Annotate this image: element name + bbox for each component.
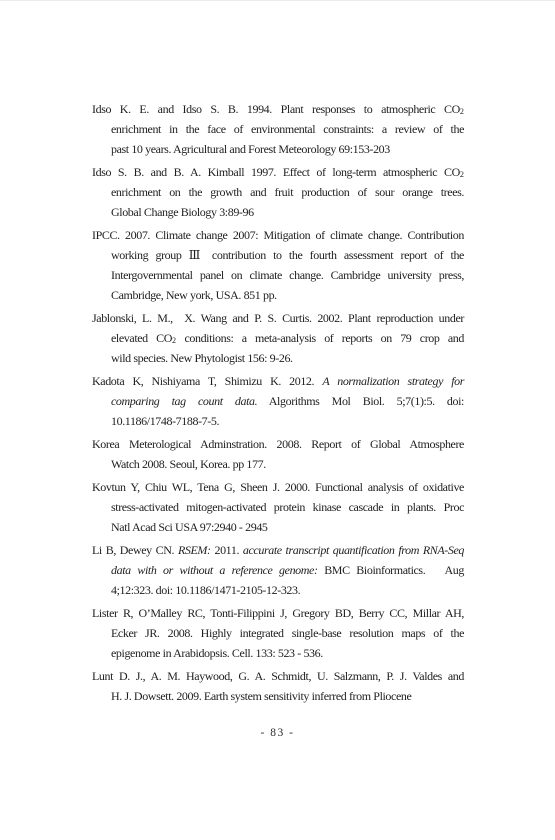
reference-entry: IPCC. 2007. Climate change 2007: Mitigat… [92, 225, 464, 305]
reference-line: 4;12:323. doi: 10.1186/1471-2105-12-323. [92, 580, 464, 600]
reference-text: Global Change Biology 3:89-96 [111, 205, 254, 219]
reference-text: Lister R, O’Malley RC, Tonti-Filippini J… [92, 606, 464, 620]
reference-line: comparing tag count data. Algorithms Mol… [92, 391, 464, 411]
reference-line: working group Ⅲ contribution to the four… [92, 245, 464, 265]
reference-text: 4;12:323. doi: 10.1186/1471-2105-12-323. [111, 583, 300, 597]
reference-line: Idso S. B. and B. A. Kimball 1997. Effec… [92, 162, 464, 182]
subscript-text: 2 [460, 170, 464, 179]
document-page: Idso K. E. and Idso S. B. 1994. Plant re… [0, 0, 555, 840]
reference-line: Korea Meterological Adminstration. 2008.… [92, 434, 464, 454]
page-number: - 83 - [0, 726, 555, 740]
reference-line: 10.1186/1748-7188-7-5. [92, 411, 464, 431]
reference-line: Li B, Dewey CN. RSEM: 2011. accurate tra… [92, 540, 464, 560]
reference-text: BMC Bioinformatics. Aug [318, 563, 464, 577]
reference-line: Jablonski, L. M., X. Wang and P. S. Curt… [92, 308, 464, 328]
reference-line: Watch 2008. Seoul, Korea. pp 177. [92, 454, 464, 474]
reference-line: epigenome in Arabidopsis. Cell. 133: 523… [92, 643, 464, 663]
reference-text: enrichment on the growth and fruit produ… [111, 185, 464, 199]
reference-entry: Idso K. E. and Idso S. B. 1994. Plant re… [92, 99, 464, 159]
reference-text: Korea Meterological Adminstration. 2008.… [92, 437, 464, 451]
subscript-text: 2 [460, 107, 464, 116]
reference-line: Idso K. E. and Idso S. B. 1994. Plant re… [92, 99, 464, 119]
reference-text: enrichment in the face of environmental … [111, 122, 464, 136]
reference-text: elevated CO [111, 331, 172, 345]
reference-line: wild species. New Phytologist 156: 9-26. [92, 348, 464, 368]
reference-text: wild species. New Phytologist 156: 9-26. [111, 351, 293, 365]
reference-text: IPCC. 2007. Climate change 2007: Mitigat… [92, 228, 464, 242]
reference-text: past 10 years. Agricultural and Forest M… [111, 142, 390, 156]
scan-edge [0, 0, 555, 1]
reference-line: stress-activated mitogen-activated prote… [92, 497, 464, 517]
reference-line: elevated CO2 conditions: a meta-analysis… [92, 328, 464, 348]
reference-text: Watch 2008. Seoul, Korea. pp 177. [111, 457, 266, 471]
reference-line: Global Change Biology 3:89-96 [92, 202, 464, 222]
reference-text: Idso S. B. and B. A. Kimball 1997. Effec… [92, 165, 460, 179]
reference-text: Li B, Dewey CN. [92, 543, 178, 557]
reference-entry: Jablonski, L. M., X. Wang and P. S. Curt… [92, 308, 464, 368]
reference-line: data with or without a reference genome:… [92, 560, 464, 580]
reference-text: Kadota K, Nishiyama T, Shimizu K. 2012. [92, 374, 322, 388]
reference-text: Idso K. E. and Idso S. B. 1994. Plant re… [92, 102, 460, 116]
italic-text: data with or without a reference genome: [111, 563, 318, 577]
reference-line: Kadota K, Nishiyama T, Shimizu K. 2012. … [92, 371, 464, 391]
reference-line: Kovtun Y, Chiu WL, Tena G, Sheen J. 2000… [92, 477, 464, 497]
reference-text: 2011. [211, 543, 243, 557]
reference-entry: Korea Meterological Adminstration. 2008.… [92, 434, 464, 474]
reference-text: Jablonski, L. M., X. Wang and P. S. Curt… [92, 311, 464, 325]
reference-line: Ecker JR. 2008. Highly integrated single… [92, 623, 464, 643]
reference-entry: Lister R, O’Malley RC, Tonti-Filippini J… [92, 603, 464, 663]
italic-text: comparing tag count data. [111, 394, 257, 408]
reference-text: Algorithms Mol Biol. 5;7(1):5. doi: [257, 394, 464, 408]
italic-text: RSEM: [178, 543, 211, 557]
reference-text: conditions: a meta-analysis of reports o… [176, 331, 464, 345]
reference-entry: Kadota K, Nishiyama T, Shimizu K. 2012. … [92, 371, 464, 431]
reference-text: Natl Acad Sci USA 97:2940 - 2945 [111, 520, 268, 534]
reference-entry: Idso S. B. and B. A. Kimball 1997. Effec… [92, 162, 464, 222]
reference-line: enrichment on the growth and fruit produ… [92, 182, 464, 202]
references-list: Idso K. E. and Idso S. B. 1994. Plant re… [92, 99, 464, 706]
reference-text: Ecker JR. 2008. Highly integrated single… [111, 626, 464, 640]
reference-entry: Li B, Dewey CN. RSEM: 2011. accurate tra… [92, 540, 464, 600]
reference-line: Lunt D. J., A. M. Haywood, G. A. Schmidt… [92, 666, 464, 686]
reference-line: Lister R, O’Malley RC, Tonti-Filippini J… [92, 603, 464, 623]
reference-text: Intergovernmental panel on climate chang… [111, 268, 464, 282]
reference-line: H. J. Dowsett. 2009. Earth system sensit… [92, 686, 464, 706]
reference-line: Intergovernmental panel on climate chang… [92, 265, 464, 285]
reference-text: Kovtun Y, Chiu WL, Tena G, Sheen J. 2000… [92, 480, 464, 494]
reference-line: Cambridge, New york, USA. 851 pp. [92, 285, 464, 305]
reference-line: enrichment in the face of environmental … [92, 119, 464, 139]
subscript-text: 2 [172, 336, 176, 345]
reference-entry: Lunt D. J., A. M. Haywood, G. A. Schmidt… [92, 666, 464, 706]
reference-text: Lunt D. J., A. M. Haywood, G. A. Schmidt… [92, 669, 464, 683]
reference-line: Natl Acad Sci USA 97:2940 - 2945 [92, 517, 464, 537]
reference-text: Cambridge, New york, USA. 851 pp. [111, 288, 277, 302]
reference-text: epigenome in Arabidopsis. Cell. 133: 523… [111, 646, 323, 660]
reference-line: past 10 years. Agricultural and Forest M… [92, 139, 464, 159]
reference-text: 10.1186/1748-7188-7-5. [111, 414, 219, 428]
reference-text: working group Ⅲ contribution to the four… [111, 248, 464, 262]
italic-text: accurate transcript quantification from … [243, 543, 464, 557]
reference-text: stress-activated mitogen-activated prote… [111, 500, 464, 514]
reference-line: IPCC. 2007. Climate change 2007: Mitigat… [92, 225, 464, 245]
italic-text: A normalization strategy for [322, 374, 464, 388]
reference-entry: Kovtun Y, Chiu WL, Tena G, Sheen J. 2000… [92, 477, 464, 537]
reference-text: H. J. Dowsett. 2009. Earth system sensit… [111, 689, 411, 703]
